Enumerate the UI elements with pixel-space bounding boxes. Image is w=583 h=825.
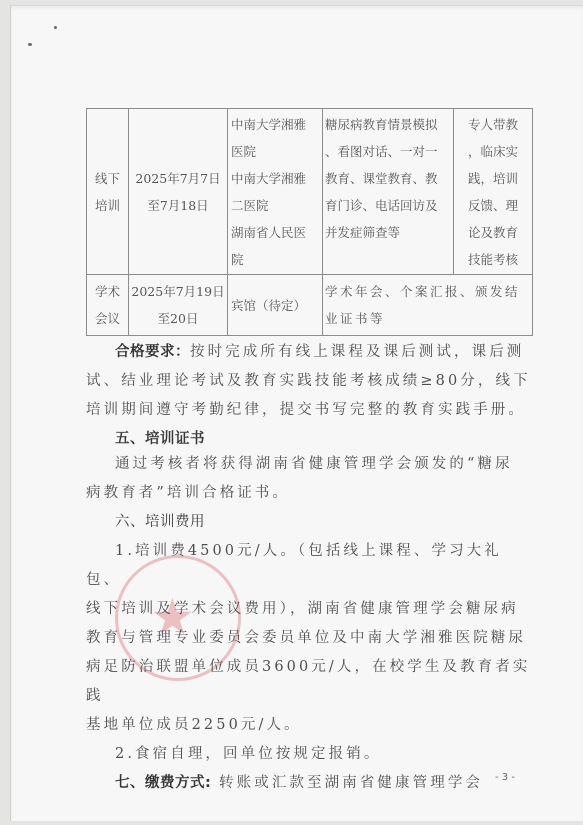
- page-number: - 3 -: [495, 772, 515, 783]
- cell-dates: 2025年7月19日 至20日: [129, 275, 228, 336]
- qualification-paragraph: 合格要求：按时完成所有线上课程及课后测试，课后测 试、结业理论考试及教育实践技能…: [86, 338, 532, 454]
- certificate-paragraph: 通过考核者将获得湖南省健康管理学会颁发的“糖尿 病教育者”培训合格证书。 六、培…: [86, 450, 532, 537]
- cell-type: 线下 培训: [87, 109, 129, 275]
- cell-location: 宾馆（待定）: [228, 275, 323, 336]
- table-row: 学术 会议 2025年7月19日 至20日 宾馆（待定） 学术年会、个案汇报、颁…: [87, 275, 533, 336]
- table-row: 线下 培训 2025年7月7日 至7月18日 中南大学湘雅 医院 中南大学湘雅 …: [87, 109, 533, 275]
- fees-paragraph: 1.培训费4500元/人。（包括线上课程、学习大礼包、 线下培训及学术会议费用）…: [86, 537, 532, 798]
- cell-content: 学术年会、个案汇报、颁发结 业证书等: [323, 275, 533, 336]
- cell-location: 中南大学湘雅 医院 中南大学湘雅 二医院 湖南省人民医 院: [228, 109, 323, 275]
- section-heading-payment: 七、缴费方式:: [115, 775, 211, 791]
- scan-speck: [54, 26, 57, 29]
- training-schedule-table: 线下 培训 2025年7月7日 至7月18日 中南大学湘雅 医院 中南大学湘雅 …: [86, 108, 533, 336]
- scan-speck: [28, 43, 32, 46]
- section-heading-fees: 六、培训费用: [86, 508, 532, 537]
- payment-method: 七、缴费方式: 转账或汇款至湖南省健康管理学会: [86, 769, 532, 798]
- cell-method: 专人带教 ，临床实 践，培训 反馈、理 论及教育 技能考核: [454, 109, 533, 275]
- cell-content: 糖尿病教育情景模拟 、看图对话、一对一 教育、课堂教育、教 育门诊、电话回访及 …: [323, 109, 454, 275]
- cell-dates: 2025年7月7日 至7月18日: [129, 109, 228, 275]
- qualification-label: 合格要求：: [115, 344, 190, 360]
- cell-type: 学术 会议: [87, 275, 129, 336]
